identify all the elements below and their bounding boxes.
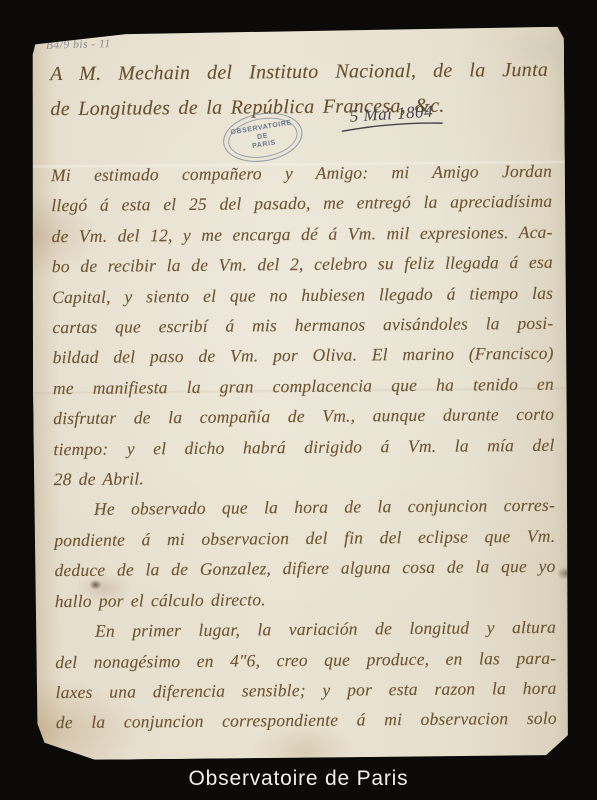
manuscript-page: B4/9 bis - 11 A M. Mechain del Instituto… — [30, 27, 570, 761]
handwriting-line: He observado que la hora de la conjuncio… — [54, 490, 555, 525]
handwriting-line: Capital, y siento el que no hubiesen lle… — [52, 277, 553, 312]
heading-line: A M. Mechain del Instituto Nacional, de … — [50, 53, 548, 92]
stamp-line: PARIS — [252, 140, 277, 152]
institution-caption: Observatoire de Paris — [189, 767, 409, 791]
handwriting-line: bildad del paso de Vm. por Oliva. El mar… — [53, 338, 554, 373]
digitized-manuscript-view: B4/9 bis - 11 A M. Mechain del Instituto… — [0, 0, 597, 800]
letter-address-heading: A M. Mechain del Instituto Nacional, de … — [50, 53, 549, 127]
handwriting-line: hallo por el cálculo directo. — [55, 581, 556, 616]
archival-shelfmark-note: B4/9 bis - 11 — [46, 38, 111, 52]
date-annotation-text: 5 Mai 1804 — [349, 102, 433, 126]
handwriting-line: llegó á esta el 25 del pasado, me entreg… — [51, 186, 552, 221]
handwriting-line: laxes una diferencia sensible; y por est… — [55, 673, 556, 708]
handwriting-line: En primer lugar, la variación de longitu… — [55, 612, 556, 647]
handwriting-line: pondiente á mi observacion del fin del e… — [54, 521, 555, 556]
letter-body: Mi estimado compañero y Amigo: mi Amigo … — [51, 156, 557, 738]
handwriting-line: 28 de Abril. — [54, 460, 555, 495]
handwriting-line: cartas que escribí á mis hermanos avisán… — [52, 308, 553, 343]
handwriting-line: me manifiesta la gran complacencia que h… — [53, 369, 554, 404]
heading-line: de Longitudes de la República Francesa, … — [50, 88, 548, 127]
handwriting-line: disfrutar de la compañía de Vm., aunque … — [53, 399, 554, 434]
handwriting-line: Mi estimado compañero y Amigo: mi Amigo … — [51, 156, 552, 191]
handwriting-line: de la conjuncion correspondiente á mi ob… — [56, 703, 557, 738]
handwriting-line: bo de recibir la de Vm. del 2, celebro s… — [52, 247, 553, 282]
handwriting-line: de Vm. del 12, y me encarga dé á Vm. mil… — [51, 217, 552, 252]
handwriting-line: deduce de la de Gonzalez, difiere alguna… — [54, 551, 555, 586]
handwriting-line: tiempo: y el dicho habrá dirigido á Vm. … — [53, 429, 554, 464]
handwriting-line: del nonagésimo en 4"6, creo que produce,… — [55, 642, 556, 677]
caption-bar: Observatoire de Paris — [0, 758, 597, 800]
